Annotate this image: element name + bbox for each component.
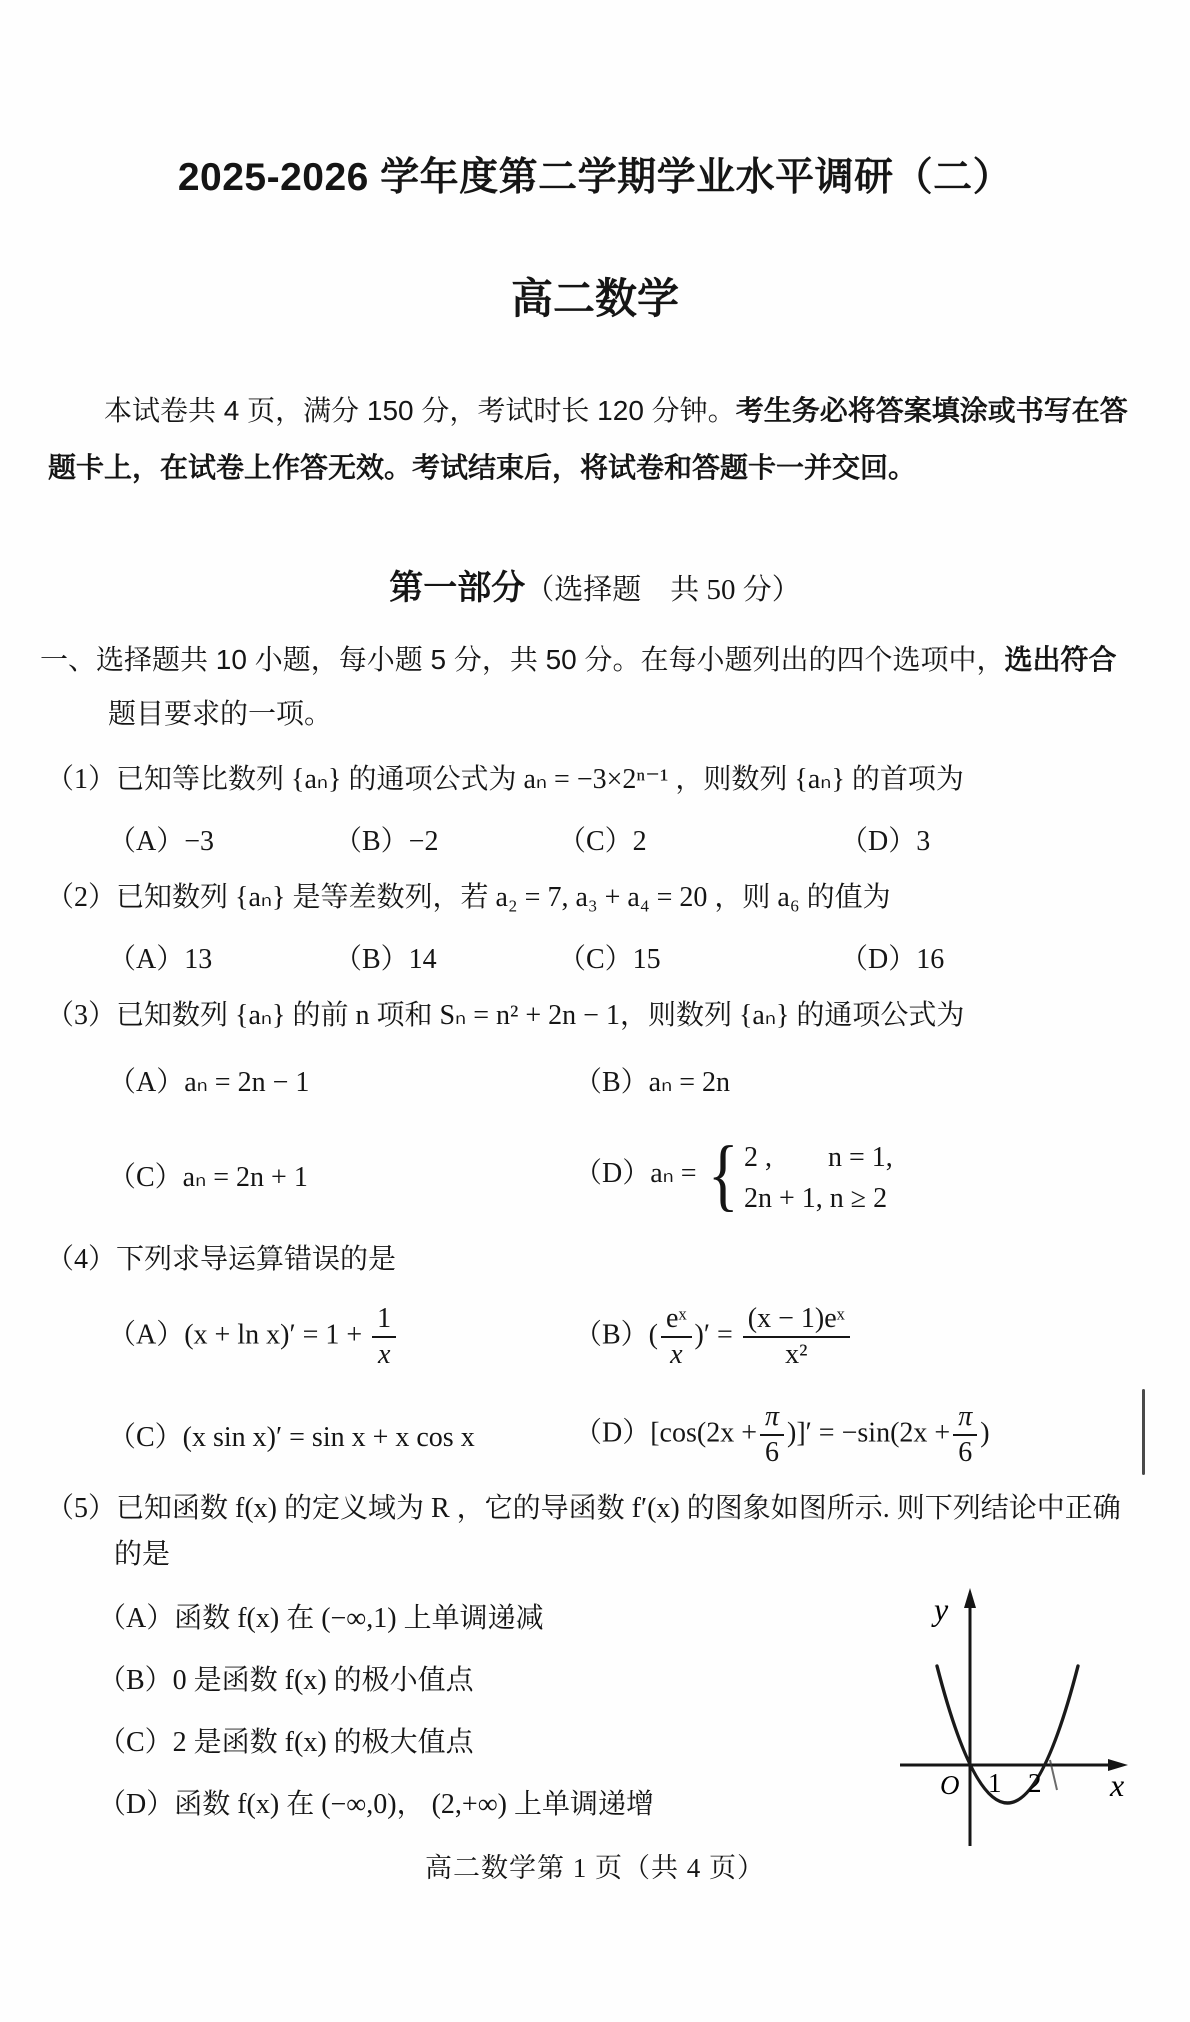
exam-notice: 本试卷共 4 页，满分 150 分，考试时长 120 分钟。考生务必将答案填涂或… [48,382,1142,496]
section-heading-main: 第一部分 [389,569,525,607]
q4-d-f1-num: π [760,1401,784,1436]
q2-option-c: （C）15 [558,937,840,977]
q3-case-2: 2n + 1, n ≥ 2 [744,1183,893,1215]
x-axis-label: x [1109,1767,1124,1803]
question-3: （3）已知数列 {aₙ} 的前 n 项和 Sₙ = n² + 2n − 1，则数… [40,993,1150,1220]
q1-option-a: （A）−3 [108,819,334,859]
q3-option-c: （C）aₙ = 2n + 1 [108,1155,574,1195]
section-heading: 第一部分（选择题 共 50 分） [40,560,1150,609]
q2-option-b: （B）14 [334,937,558,977]
q4-b-pre: （B）( [574,1319,658,1350]
piecewise-brace: { [707,1130,738,1221]
x-tick-1: 1 [988,1768,1002,1798]
q4-option-b: （B）(eˣx)′ = (x − 1)eˣx² [574,1303,1150,1371]
q4-d-fraction-2: π6 [953,1401,977,1469]
q4-b-mid: )′ = [695,1319,733,1350]
x-tick-2: 2 [1028,1768,1042,1798]
q5-option-c: （C）2 是函数 f(x) 的极大值点 [98,1712,882,1774]
derivative-graph: y O 1 2 x [882,1578,1138,1856]
question-2-stem: （2）已知数列 {aₙ} 是等差数列，若 a₂ = 7, a₃ + a₄ = 2… [46,875,1150,921]
q4-b-f1-den: x [661,1338,692,1371]
q4-d-f2-num: π [953,1401,977,1436]
question-5-options: （A）函数 f(x) 在 (−∞,1) 上单调递减 （B）0 是函数 f(x) … [40,1578,882,1836]
question-4-options: （A）(x + ln x)′ = 1 + 1x （B）(eˣx)′ = (x −… [108,1303,1150,1470]
q2-option-d: （D）16 [840,937,1150,977]
q5-option-d: （D）函数 f(x) 在 (−∞,0)， (2,+∞) 上单调递增 [98,1774,882,1836]
q4-a-pre: （A）(x + ln x)′ = 1 + [108,1319,362,1350]
q3-option-d-cases: 2 , n = 1,2n + 1, n ≥ 2 [744,1135,893,1215]
q2-option-a: （A）13 [108,937,334,977]
page-footer: 高二数学第 1 页（共 4 页） [0,1846,1190,1885]
question-2: （2）已知数列 {aₙ} 是等差数列，若 a₂ = 7, a₃ + a₄ = 2… [40,875,1150,977]
q4-d-f2-den: 6 [953,1436,977,1469]
section-instruction: 一、选择题共 10 小题，每小题 5 分，共 50 分。在每小题列出的四个选项中… [40,633,1150,741]
q4-a-num: 1 [372,1303,396,1338]
page-title: 2025-2026 学年度第二学期学业水平调研（二） [40,0,1150,202]
origin-label: O [940,1770,960,1800]
instruction-line2: 题目要求的一项。 [40,687,1150,741]
q5-option-a: （A）函数 f(x) 在 (−∞,1) 上单调递减 [98,1588,882,1650]
q4-b-fraction-1: eˣx [661,1303,692,1371]
question-5-stem-line2: 的是 [114,1532,1150,1578]
q4-d-f1-den: 6 [760,1436,784,1469]
question-2-options: （A）13 （B）14 （C）15 （D）16 [108,937,1150,977]
instruction-line1: 一、选择题共 10 小题，每小题 5 分，共 50 分。在每小题列出的四个选项中… [40,633,1150,687]
y-axis-arrow-icon [964,1588,976,1608]
page-subtitle: 高二数学 [40,266,1150,326]
y-axis-label: y [931,1591,949,1627]
q4-a-fraction: 1x [372,1303,396,1371]
q4-a-den: x [372,1338,396,1371]
q4-b-f2-den: x² [743,1338,850,1371]
question-1: （1）已知等比数列 {aₙ} 的通项公式为 aₙ = −3×2ⁿ⁻¹ ，则数列 … [40,757,1150,859]
question-1-options: （A）−3 （B）−2 （C）2 （D）3 [108,819,1150,859]
q4-b-f1-num: eˣ [661,1303,692,1338]
question-4-stem: （4）下列求导运算错误的是 [46,1237,1150,1283]
section-heading-paren: （选择题 共 50 分） [525,574,801,606]
q4-option-d: （D）[cos(2x +π6)]′ = −sin(2x +π6) [574,1401,1150,1469]
q4-d-mid: )]′ = −sin(2x + [787,1418,950,1449]
question-3-options: （A）aₙ = 2n − 1 （B）aₙ = 2n （C）aₙ = 2n + 1… [108,1060,1150,1221]
question-4: （4）下列求导运算错误的是 （A）(x + ln x)′ = 1 + 1x （B… [40,1237,1150,1470]
q3-option-a: （A）aₙ = 2n − 1 [108,1060,574,1100]
q1-option-d: （D）3 [840,819,1150,859]
q4-option-c: （C）(x sin x)′ = sin x + x cos x [108,1415,574,1455]
exam-page: 2025-2026 学年度第二学期学业水平调研（二） 高二数学 本试卷共 4 页… [0,0,1190,2022]
q3-option-d: （D）aₙ = {2 , n = 1,2n + 1, n ≥ 2 [574,1130,1150,1221]
scan-artifact-line [1142,1389,1145,1475]
question-3-stem: （3）已知数列 {aₙ} 的前 n 项和 Sₙ = n² + 2n − 1，则数… [46,993,1150,1039]
instruction-line1-normal: 一、选择题共 10 小题，每小题 5 分，共 50 分。在每小题列出的四个选项中… [40,644,1005,675]
question-1-stem: （1）已知等比数列 {aₙ} 的通项公式为 aₙ = −3×2ⁿ⁻¹ ，则数列 … [46,757,1150,803]
q4-option-a: （A）(x + ln x)′ = 1 + 1x [108,1303,574,1371]
q5-option-b: （B）0 是函数 f(x) 的极小值点 [98,1650,882,1712]
q4-d-end: ) [980,1418,989,1449]
derivative-graph-container: y O 1 2 x [882,1578,1150,1864]
q3-case-1: 2 , n = 1, [744,1135,893,1175]
q1-option-b: （B）−2 [334,819,558,859]
q4-d-fraction-1: π6 [760,1401,784,1469]
notice-normal: 本试卷共 4 页，满分 150 分，考试时长 120 分钟。 [104,395,736,426]
q4-b-f2-num: (x − 1)eˣ [743,1303,850,1338]
q4-d-pre: （D）[cos(2x + [574,1418,757,1449]
q3-option-b: （B）aₙ = 2n [574,1060,1150,1100]
question-5-body: （A）函数 f(x) 在 (−∞,1) 上单调递减 （B）0 是函数 f(x) … [40,1578,1150,1864]
instruction-line1-bold: 选出符合 [1005,644,1117,675]
question-5-stem-line1: （5）已知函数 f(x) 的定义域为 R ，它的导函数 f′(x) 的图象如图所… [46,1486,1150,1532]
q4-b-fraction-2: (x − 1)eˣx² [743,1303,850,1371]
q1-option-c: （C）2 [558,819,840,859]
question-5: （5）已知函数 f(x) 的定义域为 R ，它的导函数 f′(x) 的图象如图所… [40,1486,1150,1864]
q3-option-d-prefix: （D）aₙ = [574,1157,697,1188]
